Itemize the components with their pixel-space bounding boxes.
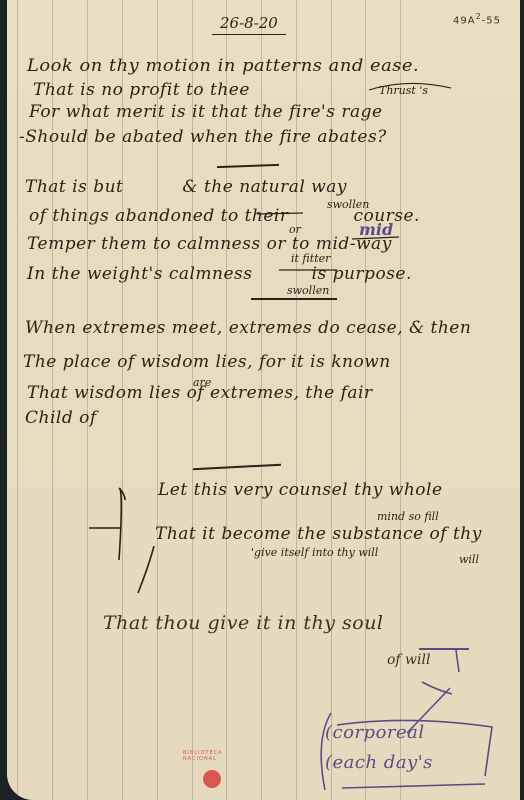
- stamp-seal-icon: [203, 770, 221, 788]
- strikethrough-marks: [257, 213, 399, 270]
- pencil-box-icon: [321, 650, 492, 790]
- pen-marks: [7, 0, 520, 800]
- library-stamp: BIBLIOTECA NACIONAL: [193, 756, 227, 790]
- cross-mark-icon: [89, 488, 154, 593]
- manuscript-page: 26-8-20 49A2-55 Look on thy motion in pa…: [7, 0, 520, 800]
- stamp-text: BIBLIOTECA NACIONAL: [183, 750, 227, 762]
